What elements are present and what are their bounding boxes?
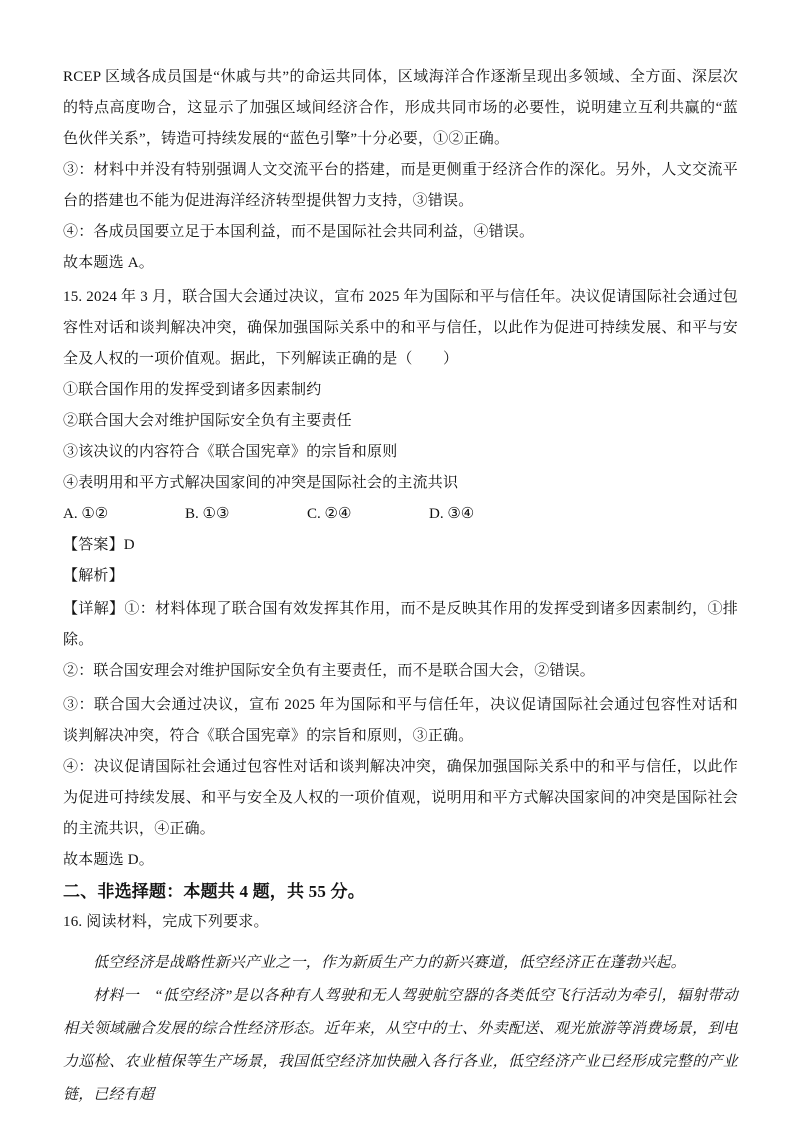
q15-answer-line: 【答案】D: [63, 530, 738, 561]
q15-statement-1: ①联合国作用的发挥受到诸多因素制约: [63, 375, 738, 406]
section2-heading: 二、非选择题：本题共 4 题，共 55 分。: [63, 876, 738, 907]
q14-explanation-point-4: ④：各成员国要立足于本国利益，而不是国际社会共同利益，④错误。: [63, 217, 738, 248]
q15-option-d: D. ③④: [429, 499, 551, 530]
q15-detail-point-3: ③：联合国大会通过决议，宣布 2025 年为国际和平与信任年，决议促请国际社会通…: [63, 690, 738, 752]
q15-option-a: A. ①②: [63, 499, 185, 530]
q16-material-lead: 低空经济是战略性新兴产业之一，作为新质生产力的新兴赛道，低空经济正在蓬勃兴起。: [63, 947, 738, 980]
q15-stem: 15. 2024 年 3 月，联合国大会通过决议，宣布 2025 年为国际和平与…: [63, 282, 738, 375]
q14-conclusion: 故本题选 A。: [63, 248, 738, 279]
q15-analysis-heading: 【解析】: [63, 561, 738, 592]
q14-explanation-point-3: ③：材料中并没有特别强调人文交流平台的搭建，而是更侧重于经济合作的深化。另外，人…: [63, 155, 738, 217]
q16-intro: 16. 阅读材料，完成下列要求。: [63, 907, 738, 938]
q15-detail-point-4: ④：决议促请国际社会通过包容性对话和谈判解决冲突，确保加强国际关系中的和平与信任…: [63, 752, 738, 845]
q14-explanation-points-1-2: RCEP 区域各成员国是“休戚与共”的命运共同体，区域海洋合作逐渐呈现出多领域、…: [63, 62, 738, 155]
q15-option-c: C. ②④: [307, 499, 429, 530]
q15-statement-3: ③该决议的内容符合《联合国宪章》的宗旨和原则: [63, 437, 738, 468]
q15-option-b: B. ①③: [185, 499, 307, 530]
q15-detail-point-2: ②：联合国安理会对维护国际安全负有主要责任，而不是联合国大会，②错误。: [63, 656, 738, 687]
q16-material-one: 材料一 “低空经济”是以各种有人驾驶和无人驾驶航空器的各类低空飞行活动为牵引，辐…: [63, 980, 738, 1112]
q15-statement-4: ④表明用和平方式解决国家间的冲突是国际社会的主流共识: [63, 468, 738, 499]
q15-options-row: A. ①② B. ①③ C. ②④ D. ③④: [63, 499, 738, 530]
q15-statement-2: ②联合国大会对维护国际安全负有主要责任: [63, 406, 738, 437]
exam-document-page: RCEP 区域各成员国是“休戚与共”的命运共同体，区域海洋合作逐渐呈现出多领域、…: [0, 0, 800, 1131]
q15-conclusion: 故本题选 D。: [63, 845, 738, 876]
q15-detail-point-1: 【详解】①：材料体现了联合国有效发挥其作用，而不是反映其作用的发挥受到诸多因素制…: [63, 594, 738, 656]
